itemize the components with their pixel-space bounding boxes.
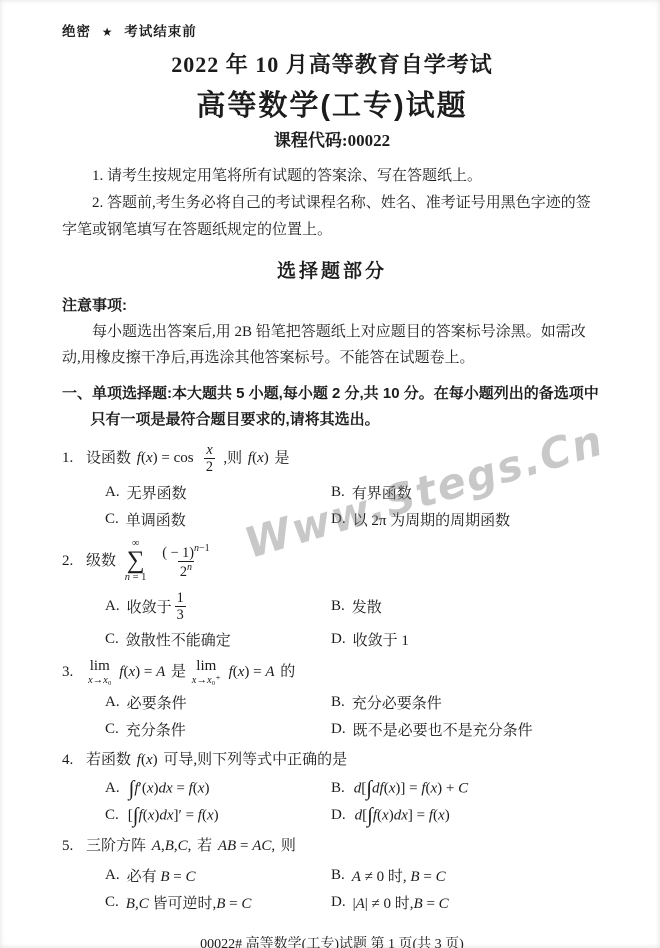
instruction-2: 2. 答题前,考生务必将自己的考试课程名称、姓名、准考证号用黑色字迹的签字笔或钢… (62, 190, 602, 244)
limit-symbol-1: limx→x₀ (88, 659, 112, 686)
option-5c: C.B,C 皆可逆时,B = C (105, 892, 331, 913)
q1-stem-mid: ,则 (223, 450, 242, 466)
question-3: 3. limx→x₀ f(x) = A 是 limx→x₀⁺ f(x) = A … (62, 659, 602, 740)
part1-heading: 一、单项选择题:本大题共 5 小题,每小题 2 分,共 10 分。在每小题列出的… (62, 381, 602, 433)
page-footer: 00022# 高等数学(工专)试题 第 1 页(共 3 页) (62, 933, 602, 948)
question-1-stem: 设函数 f(x) = cos x2 ,则 f(x) 是 (86, 442, 602, 476)
question-4-stem: 若函数 f(x) 可导,则下列等式中正确的是 (86, 749, 602, 772)
q1-stem-pre: 设函数 (86, 450, 131, 466)
option-1d: D.以 2π 为周期的周期函数 (331, 509, 602, 530)
q1-stem-math2: f(x) (248, 450, 269, 466)
q1-fraction: x2 (202, 442, 216, 476)
question-3-options: A.必要条件 B.充分必要条件 C.充分条件 D.既不是必要也不是充分条件 (105, 692, 602, 740)
option-4c: C.[∫f(x)dx]′ = f(x) (105, 805, 331, 826)
summation-symbol: ∞∑n = 1 (125, 539, 147, 584)
exam-title-line2: 高等数学(工专)试题 (62, 83, 602, 124)
question-2-stem: 级数 ∞∑n = 1 ( − 1)n−12n (86, 539, 602, 584)
question-1-number: 1. (62, 447, 86, 470)
exam-page: 绝密 ★ 考试结束前 2022 年 10 月高等教育自学考试 高等数学(工专)试… (0, 0, 660, 948)
option-4a: A.∫f′(x)dx = f(x) (105, 778, 331, 799)
question-1: 1. 设函数 f(x) = cos x2 ,则 f(x) 是 A.无界函数 B.… (62, 442, 602, 530)
security-timing: 考试结束前 (124, 24, 197, 39)
question-4: 4. 若函数 f(x) 可导,则下列等式中正确的是 A.∫f′(x)dx = f… (62, 749, 602, 826)
exam-title-line1: 2022 年 10 月高等教育自学考试 (62, 48, 602, 79)
course-code: 课程代码:00022 (62, 126, 602, 151)
option-4d: D.d[∫f(x)dx] = f(x) (331, 805, 602, 826)
question-4-options: A.∫f′(x)dx = f(x) B.d[∫df(x)] = f(x) + C… (105, 778, 602, 826)
q2-stem-pre: 级数 (86, 553, 116, 569)
question-5-options: A.必有 B = C B.A ≠ 0 时, B = C C.B,C 皆可逆时,B… (105, 865, 602, 913)
option-5a: A.必有 B = C (105, 865, 331, 886)
security-banner: 绝密 ★ 考试结束前 (62, 20, 602, 40)
limit-symbol-2: limx→x₀⁺ (192, 659, 221, 686)
option-2d: D.收敛于 1 (331, 629, 602, 650)
option-1c: C.单调函数 (105, 509, 331, 530)
option-3b: B.充分必要条件 (331, 692, 602, 713)
q1-stem-post: 是 (275, 450, 290, 466)
option-3c: C.充分条件 (105, 719, 331, 740)
option-5b: B.A ≠ 0 时, B = C (331, 865, 602, 886)
option-3a: A.必要条件 (105, 692, 331, 713)
option-5d: D.|A| ≠ 0 时,B = C (331, 892, 602, 913)
q1-stem-math: f(x) = cos (137, 450, 194, 466)
section-title: 选择题部分 (62, 256, 602, 283)
notes-heading: 注意事项: (62, 293, 602, 319)
option-3d: D.既不是必要也不是充分条件 (331, 719, 602, 740)
option-2c: C.敛散性不能确定 (105, 629, 331, 650)
question-5: 5. 三阶方阵 A,B,C, 若 AB = AC, 则 A.必有 B = C B… (62, 835, 602, 912)
security-level: 绝密 (62, 24, 91, 39)
q2a-fraction: 13 (175, 590, 186, 624)
question-3-number: 3. (62, 661, 86, 684)
q2-fraction: ( − 1)n−12n (158, 543, 213, 580)
star-icon: ★ (102, 25, 114, 39)
option-1a: A.无界函数 (105, 482, 331, 503)
question-2: 2. 级数 ∞∑n = 1 ( − 1)n−12n A.收敛于13 B.发散 C… (62, 539, 602, 651)
notes-body: 每小题选出答案后,用 2B 铅笔把答题纸上对应题目的答案标号涂黑。如需改动,用橡… (62, 319, 602, 371)
option-2b: B.发散 (331, 596, 602, 617)
question-2-options: A.收敛于13 B.发散 C.敛散性不能确定 D.收敛于 1 (105, 590, 602, 651)
instruction-1: 1. 请考生按规定用笔将所有试题的答案涂、写在答题纸上。 (62, 163, 602, 190)
option-1b: B.有界函数 (331, 482, 602, 503)
option-2a: A.收敛于13 (105, 590, 331, 624)
question-3-stem: limx→x₀ f(x) = A 是 limx→x₀⁺ f(x) = A 的 (86, 659, 602, 686)
option-4b: B.d[∫df(x)] = f(x) + C (331, 778, 602, 799)
question-4-number: 4. (62, 749, 86, 772)
question-1-options: A.无界函数 B.有界函数 C.单调函数 D.以 2π 为周期的周期函数 (105, 482, 602, 530)
question-5-number: 5. (62, 835, 86, 858)
question-5-stem: 三阶方阵 A,B,C, 若 AB = AC, 则 (86, 835, 602, 858)
question-2-number: 2. (62, 550, 86, 573)
